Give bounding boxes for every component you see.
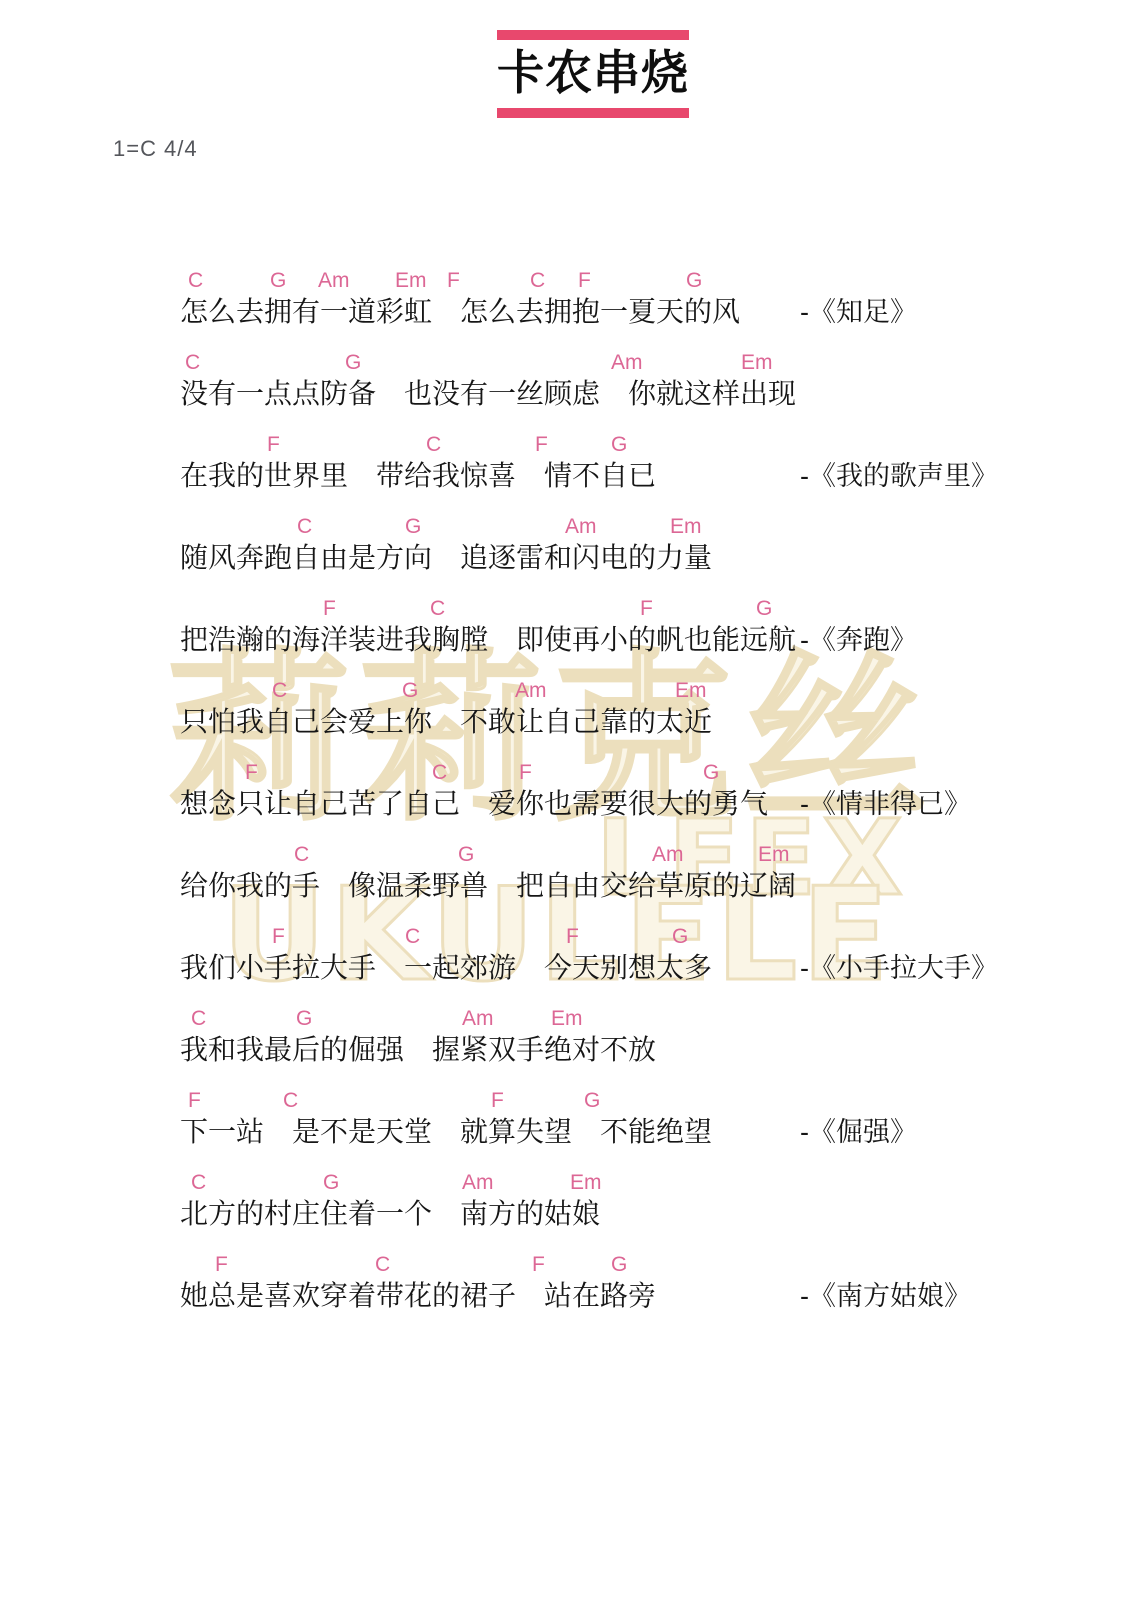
- chord-label-C: C: [272, 680, 287, 702]
- chord-label-C: C: [430, 598, 445, 620]
- chord-label-F: F: [272, 926, 285, 948]
- chord-label-G: G: [345, 352, 361, 374]
- song-source-title: -《知足》: [800, 296, 917, 328]
- song-line: CGAmEm给你我的手 像温柔野兽 把自由交给草原的辽阔: [0, 844, 1130, 908]
- chord-label-C: C: [405, 926, 420, 948]
- chord-label-Am: Am: [318, 270, 350, 292]
- lyric-text: 她总是喜欢穿着带花的裙子 站在路旁: [180, 1280, 656, 1312]
- chord-label-C: C: [191, 1008, 206, 1030]
- song-line: FCFG想念只让自己苦了自己 爱你也需要很大的勇气-《情非得已》: [0, 762, 1130, 826]
- chord-label-F: F: [491, 1090, 504, 1112]
- chord-label-F: F: [566, 926, 579, 948]
- chord-label-G: G: [611, 434, 627, 456]
- chord-label-G: G: [703, 762, 719, 784]
- chord-label-C: C: [294, 844, 309, 866]
- chord-label-G: G: [686, 270, 702, 292]
- chord-label-F: F: [267, 434, 280, 456]
- song-line: FCFG下一站 是不是天堂 就算失望 不能绝望-《倔强》: [0, 1090, 1130, 1154]
- chord-label-G: G: [402, 680, 418, 702]
- chord-label-G: G: [584, 1090, 600, 1112]
- chord-label-C: C: [191, 1172, 206, 1194]
- song-source-title: -《倔强》: [800, 1116, 917, 1148]
- chord-label-Em: Em: [758, 844, 790, 866]
- chord-label-G: G: [672, 926, 688, 948]
- chord-label-Em: Em: [675, 680, 707, 702]
- song-source-title: -《奔跑》: [800, 624, 917, 656]
- chord-label-F: F: [578, 270, 591, 292]
- chord-label-G: G: [756, 598, 772, 620]
- chord-label-Em: Em: [741, 352, 773, 374]
- chord-label-Am: Am: [611, 352, 643, 374]
- lyric-text: 把浩瀚的海洋装进我胸膛 即使再小的帆也能远航: [180, 624, 796, 656]
- lyric-text: 只怕我自己会爱上你 不敢让自己靠的太近: [180, 706, 712, 738]
- song-line: CGAmEm北方的村庄住着一个 南方的姑娘: [0, 1172, 1130, 1236]
- song-source-title: -《我的歌声里》: [800, 460, 998, 492]
- chord-sheet-page: 莉莉克丝 LEEX UKULELE 卡农串烧 1=C4/4 CGAmEmFCFG…: [0, 0, 1130, 1600]
- chord-label-C: C: [297, 516, 312, 538]
- song-source-title: -《情非得已》: [800, 788, 971, 820]
- lyric-text: 随风奔跑自由是方向 追逐雷和闪电的力量: [180, 542, 712, 574]
- song-line: CGAmEm随风奔跑自由是方向 追逐雷和闪电的力量: [0, 516, 1130, 580]
- chord-label-F: F: [323, 598, 336, 620]
- lyric-text: 我和我最后的倔强 握紧双手绝对不放: [180, 1034, 656, 1066]
- chord-label-F: F: [535, 434, 548, 456]
- chord-label-G: G: [458, 844, 474, 866]
- chord-label-G: G: [323, 1172, 339, 1194]
- chord-label-C: C: [426, 434, 441, 456]
- chord-label-F: F: [640, 598, 653, 620]
- lyric-text: 北方的村庄住着一个 南方的姑娘: [180, 1198, 600, 1230]
- song-line: CGAmEm我和我最后的倔强 握紧双手绝对不放: [0, 1008, 1130, 1072]
- lyric-text: 想念只让自己苦了自己 爱你也需要很大的勇气: [180, 788, 768, 820]
- chord-label-G: G: [611, 1254, 627, 1276]
- chord-label-Am: Am: [652, 844, 684, 866]
- lyric-lines: CGAmEmFCFG怎么去拥有一道彩虹 怎么去拥抱一夏天的风-《知足》CGAmE…: [0, 0, 1130, 1600]
- chord-label-G: G: [405, 516, 421, 538]
- chord-label-Em: Em: [670, 516, 702, 538]
- chord-label-F: F: [188, 1090, 201, 1112]
- song-source-title: -《南方姑娘》: [800, 1280, 971, 1312]
- chord-label-Am: Am: [515, 680, 547, 702]
- song-line: FCFG在我的世界里 带给我惊喜 情不自已-《我的歌声里》: [0, 434, 1130, 498]
- chord-label-C: C: [283, 1090, 298, 1112]
- chord-label-C: C: [188, 270, 203, 292]
- chord-label-Am: Am: [462, 1172, 494, 1194]
- chord-label-C: C: [432, 762, 447, 784]
- chord-label-F: F: [532, 1254, 545, 1276]
- lyric-text: 怎么去拥有一道彩虹 怎么去拥抱一夏天的风: [180, 296, 740, 328]
- chord-label-Em: Em: [395, 270, 427, 292]
- chord-label-G: G: [270, 270, 286, 292]
- chord-label-Em: Em: [551, 1008, 583, 1030]
- chord-label-F: F: [519, 762, 532, 784]
- lyric-text: 我们小手拉大手 一起郊游 今天别想太多: [180, 952, 712, 984]
- chord-label-Am: Am: [565, 516, 597, 538]
- chord-label-G: G: [296, 1008, 312, 1030]
- song-line: CGAmEm只怕我自己会爱上你 不敢让自己靠的太近: [0, 680, 1130, 744]
- chord-label-F: F: [245, 762, 258, 784]
- chord-label-Am: Am: [462, 1008, 494, 1030]
- song-line: FCFG我们小手拉大手 一起郊游 今天别想太多-《小手拉大手》: [0, 926, 1130, 990]
- song-source-title: -《小手拉大手》: [800, 952, 998, 984]
- chord-label-C: C: [185, 352, 200, 374]
- song-line: FCFG她总是喜欢穿着带花的裙子 站在路旁-《南方姑娘》: [0, 1254, 1130, 1318]
- chord-label-C: C: [375, 1254, 390, 1276]
- lyric-text: 没有一点点防备 也没有一丝顾虑 你就这样出现: [180, 378, 796, 410]
- song-line: CGAmEmFCFG怎么去拥有一道彩虹 怎么去拥抱一夏天的风-《知足》: [0, 270, 1130, 334]
- lyric-text: 在我的世界里 带给我惊喜 情不自已: [180, 460, 656, 492]
- lyric-text: 给你我的手 像温柔野兽 把自由交给草原的辽阔: [180, 870, 796, 902]
- lyric-text: 下一站 是不是天堂 就算失望 不能绝望: [180, 1116, 712, 1148]
- chord-label-F: F: [215, 1254, 228, 1276]
- chord-label-F: F: [447, 270, 460, 292]
- song-line: FCFG把浩瀚的海洋装进我胸膛 即使再小的帆也能远航-《奔跑》: [0, 598, 1130, 662]
- song-line: CGAmEm没有一点点防备 也没有一丝顾虑 你就这样出现: [0, 352, 1130, 416]
- chord-label-C: C: [530, 270, 545, 292]
- chord-label-Em: Em: [570, 1172, 602, 1194]
